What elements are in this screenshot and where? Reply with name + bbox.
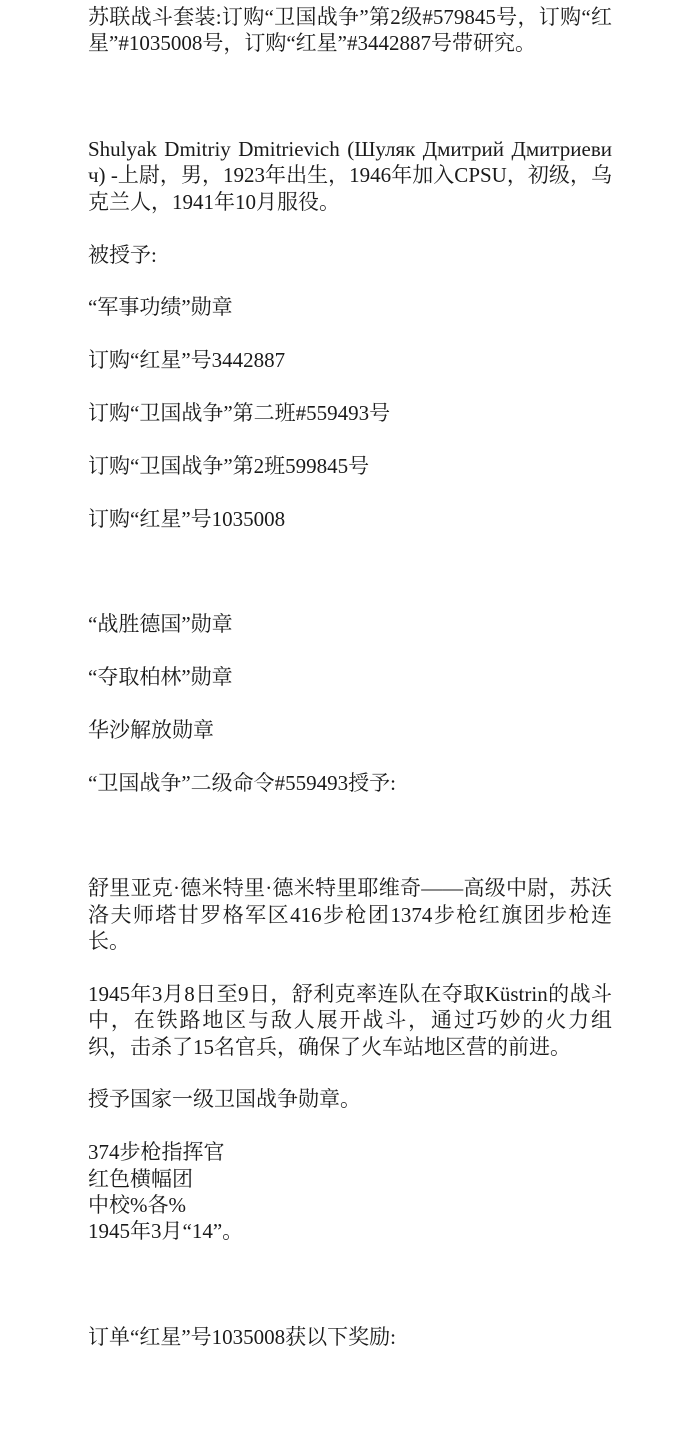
spacer (88, 796, 612, 875)
signature-line: 374步枪指挥官 (88, 1139, 612, 1165)
citation-signature: 374步枪指挥官 红色横幅团 中校%各% 1945年3月“14”。 (88, 1139, 612, 1245)
spacer (88, 1113, 612, 1139)
citation-intro: 舒里亚克·德米特里·德米特里耶维奇——高级中尉，苏沃洛夫师塔甘罗格军区416步枪… (88, 875, 612, 954)
spacer (88, 743, 612, 769)
citation-deed: 1945年3月8日至9日，舒利克率连队在夺取Küstrin的战斗中，在铁路地区与… (88, 981, 612, 1060)
red-star-heading: 订单“红星”号1035008获以下奖励: (88, 1324, 612, 1350)
spacer (88, 638, 612, 664)
awarded-label: 被授予: (88, 242, 612, 268)
spacer (88, 690, 612, 716)
award-item: 订购“红星”号3442887 (88, 347, 612, 373)
bio-paragraph: Shulyak Dmitriy Dmitrievich (Шуляк Дмитр… (88, 136, 612, 215)
award-item: 订购“红星”号1035008 (88, 506, 612, 532)
intro-paragraph: 苏联战斗套装:订购“卫国战争”第2级#579845号，订购“红星”#103500… (88, 4, 612, 57)
award-heading: “卫国战争”二级命令#559493授予: (88, 770, 612, 796)
spacer (88, 426, 612, 452)
award-item: 华沙解放勋章 (88, 717, 612, 743)
spacer (88, 532, 612, 611)
spacer (88, 374, 612, 400)
signature-line: 1945年3月“14”。 (88, 1218, 612, 1244)
spacer (88, 954, 612, 980)
spacer (88, 321, 612, 347)
document-body: 苏联战斗套装:订购“卫国战争”第2级#579845号，订购“红星”#103500… (88, 4, 612, 1350)
award-item: “夺取柏林”勋章 (88, 664, 612, 690)
spacer (88, 268, 612, 294)
signature-line: 中校%各% (88, 1192, 612, 1218)
award-item: 订购“卫国战争”第二班#559493号 (88, 400, 612, 426)
award-item: “军事功绩”勋章 (88, 294, 612, 320)
spacer (88, 1245, 612, 1324)
award-item: “战胜德国”勋章 (88, 611, 612, 637)
spacer (88, 215, 612, 241)
spacer (88, 57, 612, 136)
signature-line: 红色横幅团 (88, 1166, 612, 1192)
citation-award: 授予国家一级卫国战争勋章。 (88, 1086, 612, 1112)
spacer (88, 1060, 612, 1086)
spacer (88, 479, 612, 505)
award-item: 订购“卫国战争”第2班599845号 (88, 453, 612, 479)
